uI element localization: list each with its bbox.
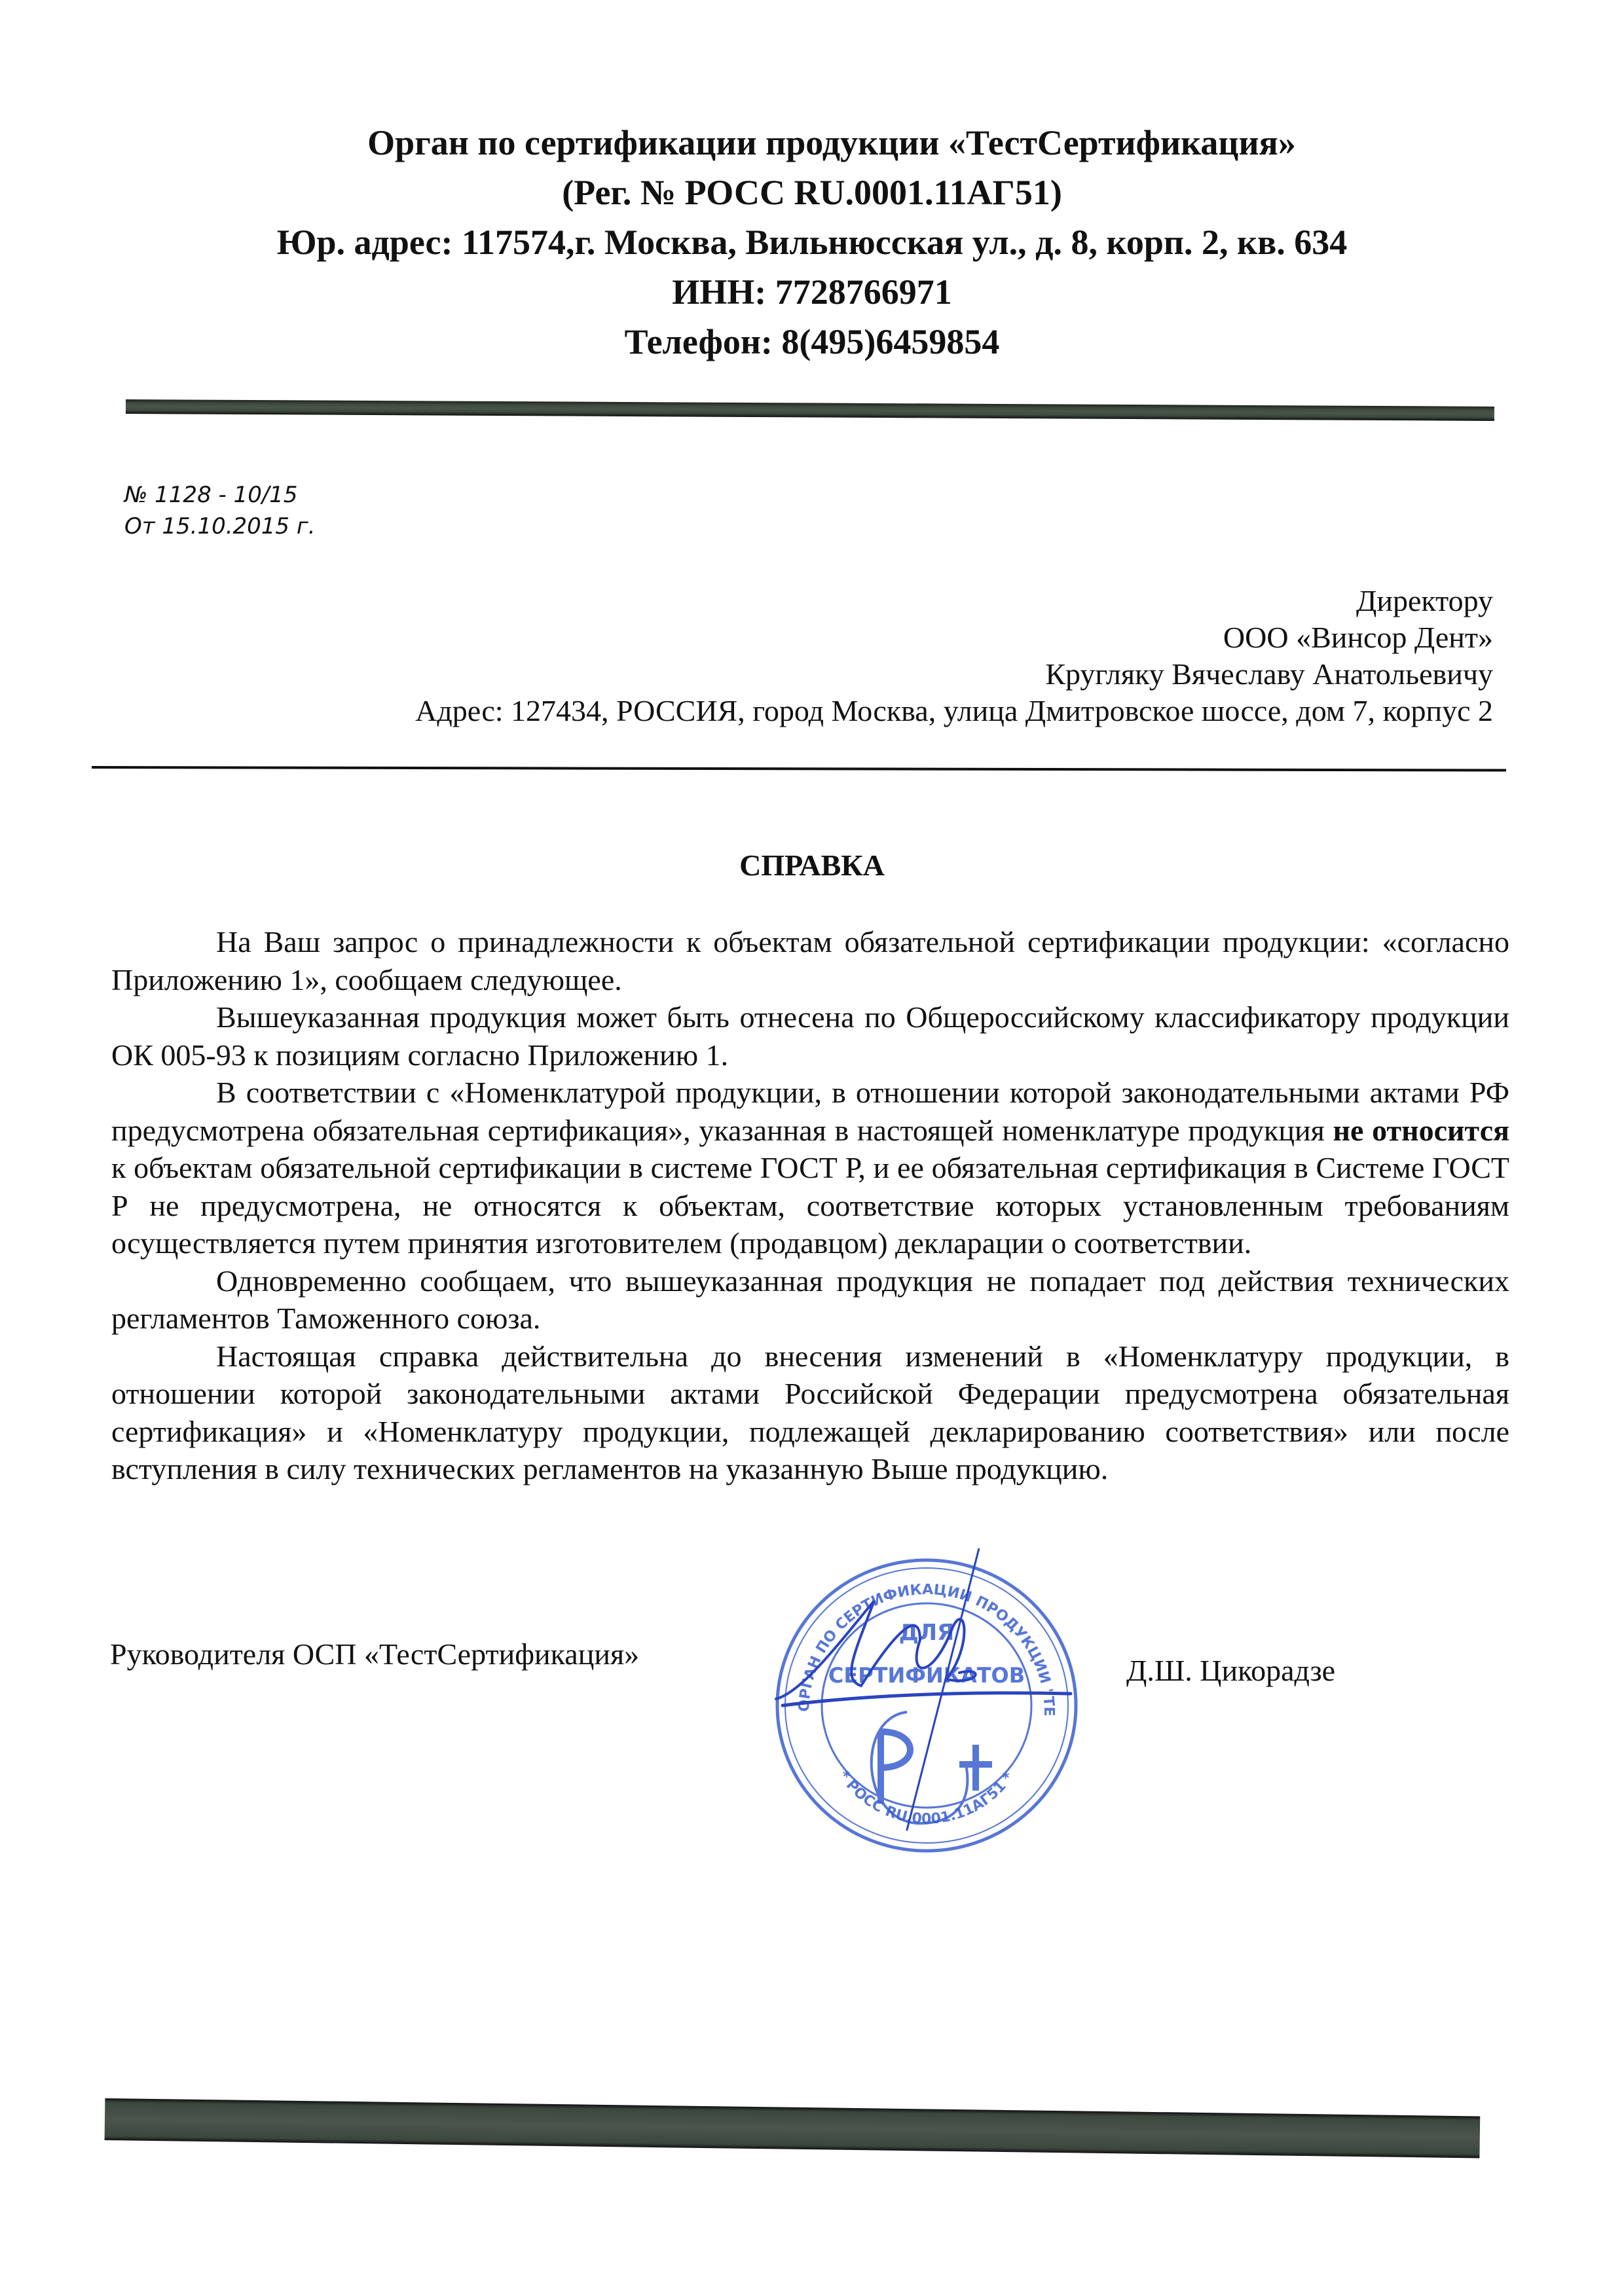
svg-text:* РОСС RU.0001.11АГ51 *: * РОСС RU.0001.11АГ51 * <box>835 1768 1018 1828</box>
footer-band <box>105 2098 1481 2158</box>
document-body: На Ваш запрос о принадлежности к объекта… <box>111 923 1509 1488</box>
signatory-name: Д.Ш. Цикорадзе <box>1126 1653 1335 1688</box>
inn: ИНН: 7728766971 <box>0 267 1624 317</box>
addressee-name: Кругляку Вячеславу Анатольевичу <box>415 656 1493 693</box>
paragraph-5: Настоящая справка действительна до внесе… <box>111 1338 1509 1488</box>
paragraph-1: На Ваш запрос о принадлежности к объекта… <box>111 923 1509 998</box>
reference-block: № 1128 - 10/15 От 15.10.2015 г. <box>124 479 316 542</box>
paragraph-3: В соответствии с «Номенклатурой продукци… <box>111 1074 1509 1262</box>
paragraph-4: Одновременно сообщаем, что вышеуказанная… <box>111 1262 1509 1338</box>
signatory-position: Руководителя ОСП «ТестСертификация» <box>110 1637 639 1671</box>
addressee-divider <box>92 766 1506 772</box>
letterhead: Орган по сертификации продукции «ТестСер… <box>0 118 1624 367</box>
addressee-address: Адрес: 127434, РОССИЯ, город Москва, ули… <box>415 693 1493 729</box>
emphasis-not-applicable: не относится <box>1333 1114 1510 1147</box>
reference-date: От 15.10.2015 г. <box>124 511 316 542</box>
header-divider <box>126 399 1494 421</box>
reference-number: № 1128 - 10/15 <box>124 479 316 511</box>
addressee-block: Директору ООО «Винсор Дент» Кругляку Вяч… <box>415 583 1493 729</box>
legal-address: Юр. адрес: 117574,г. Москва, Вильнюсская… <box>0 217 1624 267</box>
document-title: СПРАВКА <box>0 848 1624 883</box>
addressee-position: Директору <box>415 583 1493 619</box>
addressee-company: ООО «Винсор Дент» <box>415 619 1493 656</box>
official-stamp-icon: ОРГАН ПО СЕРТИФИКАЦИИ ПРОДУКЦИИ "ТЕСТСЕР… <box>763 1548 1090 1856</box>
reg-number: (Рег. № РОСС RU.0001.11АГ51) <box>0 168 1624 217</box>
org-name: Орган по сертификации продукции «ТестСер… <box>39 118 1624 168</box>
document-page: Орган по сертификации продукции «ТестСер… <box>0 0 1624 2296</box>
phone: Телефон: 8(495)6459854 <box>0 317 1624 367</box>
paragraph-2: Вышеуказанная продукция может быть отнес… <box>111 998 1509 1074</box>
